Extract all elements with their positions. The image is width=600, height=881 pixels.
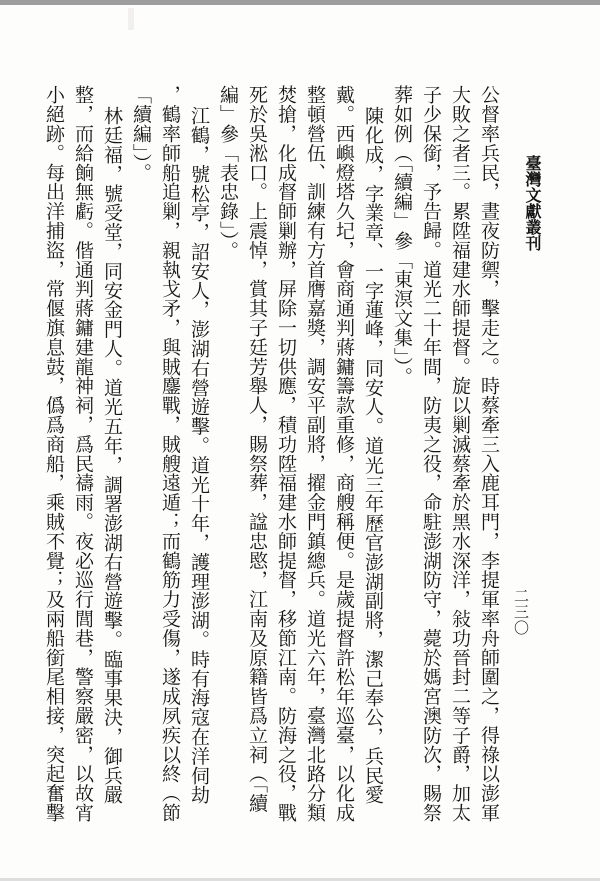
- text-column: 戴。西嶼燈塔久圮，會商通判蔣鏞籌款重修，商艘稱便。是歲提督許松年巡臺，以化成: [329, 85, 358, 837]
- text-column: 大敗之者三。累陞福建水師提督。旋以剿滅蔡牽於黑水深洋，敍功晉封二等子爵，加太: [445, 85, 474, 837]
- text-column: 小絕跡。每出洋捕盜，常偃旗息鼓，僞爲商船，乘賊不覺；及兩船銜尾相接，突起奮擊: [39, 85, 68, 837]
- text-column: 「續編」）。: [126, 85, 155, 837]
- text-column: 整頓營伍、訓練有方首膺嘉獎，調安平副將，擢金門鎮總兵。道光六年，臺灣北路分類: [300, 85, 329, 837]
- scan-edge-top: [0, 0, 600, 5]
- book-page: 臺灣文獻叢刊 二三〇 公督率兵民，晝夜防禦，擊走之。時蔡牽三入鹿耳門，李提軍率舟…: [0, 0, 600, 881]
- text-column: ，鶴率師船追剿，親執戈矛，與賊鏖戰，賊艘遠遁；而鶴筋力受傷，遂成夙疾以終（節: [155, 85, 184, 837]
- scan-smudge: [128, 8, 134, 30]
- page-number: 二三〇: [511, 588, 532, 636]
- text-column-paragraph-start: 陳化成，字業章、一字蓮峰，同安人。道光三年歷官澎湖副將，潔己奉公，兵民愛: [358, 85, 387, 837]
- text-column-paragraph-start: 江鶴，號松亭，詔安人，澎湖右營遊擊。道光十年，護理澎湖。時有海寇在洋伺劫: [184, 85, 213, 837]
- text-column-paragraph-start: 林廷福，號受堂，同安金門人。道光五年，調署澎湖右營遊擊。臨事果決，御兵嚴: [97, 85, 126, 837]
- running-head: 臺灣文獻叢刊: [521, 155, 544, 251]
- text-block: 公督率兵民，晝夜防禦，擊走之。時蔡牽三入鹿耳門，李提軍率舟師圍之，得祿以澎軍 大…: [39, 85, 503, 837]
- text-column: 編」參「表忠錄」）。: [213, 85, 242, 837]
- text-column: 葬如例（「續編」參「東溟文集」）。: [387, 85, 416, 837]
- text-column: 子少保銜，予告歸。道光二十年間，防夷之役，命駐澎湖防守，薨於媽宮澳防次，賜祭: [416, 85, 445, 837]
- text-column: 死於吳淞口。上震悼，賞其子廷芳舉人，賜祭葬，諡忠愍，江南及原籍皆爲立祠（「續: [242, 85, 271, 837]
- text-column: 整，而給餉無虧。偕通判蔣鏞建龍神祠，爲民禱雨。夜必巡行閭巷，警察嚴密，以故宵: [68, 85, 97, 837]
- text-column: 公督率兵民，晝夜防禦，擊走之。時蔡牽三入鹿耳門，李提軍率舟師圍之，得祿以澎軍: [474, 85, 503, 837]
- text-column: 焚搶，化成督師剿辦，屏除一切供應，積功陞福建水師提督，移節江南。防海之役，戰: [271, 85, 300, 837]
